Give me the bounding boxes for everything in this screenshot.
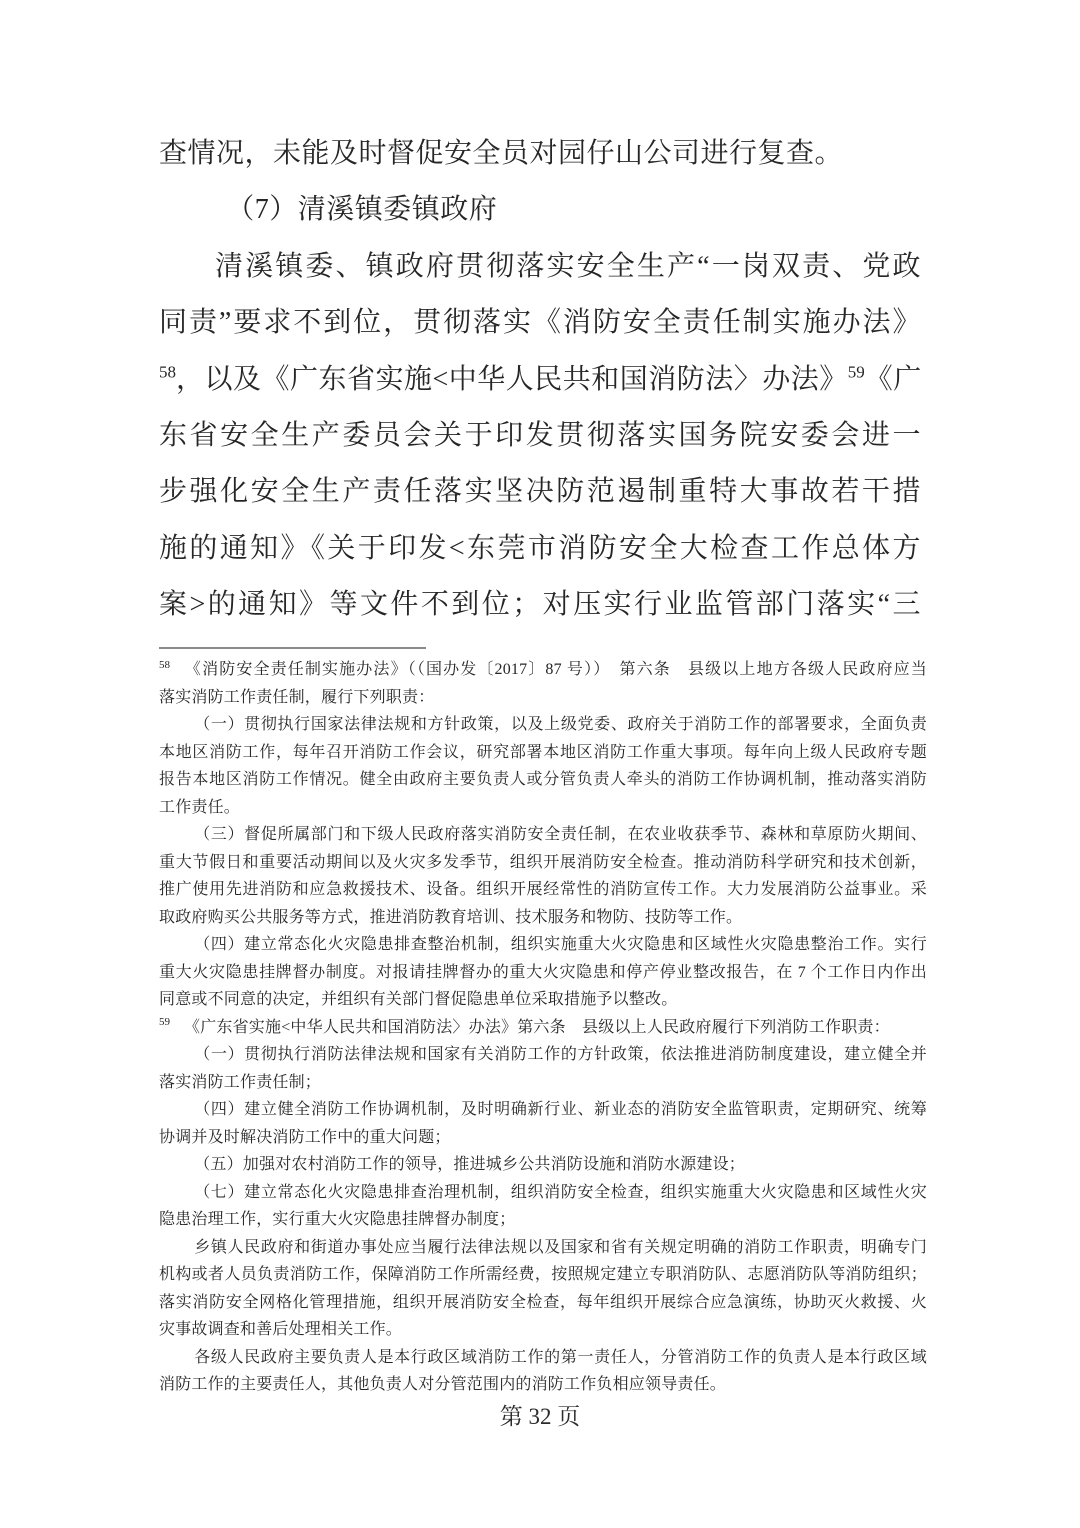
footnote-58-line: （一）贯彻执行国家法律法规和方针政策，以及上级党委、政府关于消防工作的部署要求，… <box>159 711 927 739</box>
footnote-59-line: 消防工作的主要责任人，其他负责人对分管范围内的消防工作负相应领导责任。 <box>159 1371 927 1399</box>
footnote-58-line: 报告本地区消防工作情况。健全由政府主要负责人或分管负责人牵头的消防工作协调机制，… <box>159 766 927 794</box>
footnote-58-line: 本地区消防工作，每年召开消防工作会议，研究部署本地区消防工作重大事项。每年向上级… <box>159 739 927 767</box>
body-line: 58，以及《广东省实施<中华人民共和国消防法〉办法》59《广 <box>159 352 921 408</box>
footnote-59-line: 落实消防工作责任制； <box>159 1069 927 1097</box>
footnote-text-segment: 《广东省实施<中华人民共和国消防法〉办法》第六条 县级以上人民政府履行下列消防工… <box>184 1019 890 1036</box>
footnote-59-line: 灾事故调查和善后处理相关工作。 <box>159 1316 927 1344</box>
body-line: 案>的通知》等文件不到位；对压实行业监管部门落实“三 <box>159 577 921 633</box>
body-line: 查情况，未能及时督促安全员对园仔山公司进行复查。 <box>159 126 921 182</box>
footnote-59-line: （五）加强对农村消防工作的领导，推进城乡公共消防设施和消防水源建设； <box>159 1151 927 1179</box>
body-text-segment: 《广 <box>865 364 922 395</box>
body-line: 施的通知》《关于印发<东莞市消防安全大检查工作总体方 <box>159 521 921 577</box>
footnote-58-line: 推广使用先进消防和应急救援技术、设备。组织开展经常性的消防宣传工作。大力发展消防… <box>159 876 927 904</box>
footnote-59-line: 落实消防安全网格化管理措施，组织开展消防安全检查，每年组织开展综合应急演练，协助… <box>159 1289 927 1317</box>
footnote-59-marker: 59 <box>159 1016 170 1028</box>
section-heading: （7）清溪镇委镇政府 <box>159 182 921 238</box>
footnote-58-line: 58《消防安全责任制实施办法》（（国办发〔2017〕87 号）） 第六条 县级以… <box>159 656 927 684</box>
footnote-separator <box>159 647 426 649</box>
footnote-59-line: 乡镇人民政府和街道办事处应当履行法律法规以及国家和省有关规定明确的消防工作职责，… <box>159 1234 927 1262</box>
footnote-58-line: 重大节假日和重要活动期间以及火灾多发季节，组织开展消防安全检查。推动消防科学研究… <box>159 849 927 877</box>
footnote-text-segment: 《消防安全责任制实施办法》（（国办发〔2017〕87 号）） 第六条 县级以上地… <box>184 661 927 678</box>
footnote-58-line: （三）督促所属部门和下级人民政府落实消防安全责任制，在农业收获季节、森林和草原防… <box>159 821 927 849</box>
body-line: 步强化安全生产责任落实坚决防范遏制重特大事故若干措 <box>159 464 921 520</box>
body-line: 同责”要求不到位，贯彻落实《消防安全责任制实施办法》 <box>159 295 921 351</box>
body-line: 东省安全生产委员会关于印发贯彻落实国务院安委会进一 <box>159 408 921 464</box>
footnote-58-line: （四）建立常态化火灾隐患排查整治机制，组织实施重大火灾隐患和区域性火灾隐患整治工… <box>159 931 927 959</box>
footnote-59-line: 59《广东省实施<中华人民共和国消防法〉办法》第六条 县级以上人民政府履行下列消… <box>159 1014 927 1042</box>
footnote-58-marker: 58 <box>159 659 170 671</box>
footnote-59-line: （一）贯彻执行消防法律法规和国家有关消防工作的方针政策，依法推进消防制度建设，建… <box>159 1041 927 1069</box>
page-number: 第 32 页 <box>0 1402 1080 1432</box>
footnote-59-line: （四）建立健全消防工作协调机制，及时明确新行业、新业态的消防安全监管职责，定期研… <box>159 1096 927 1124</box>
footnote-58-line: 重大火灾隐患挂牌督办制度。对报请挂牌督办的重大火灾隐患和停产停业整改报告，在 7… <box>159 959 927 987</box>
footnote-58-line: 同意或不同意的决定，并组织有关部门督促隐患单位采取措施予以整改。 <box>159 986 927 1014</box>
footnote-59-line: （七）建立常态化火灾隐患排查治理机制，组织消防安全检查，组织实施重大火灾隐患和区… <box>159 1179 927 1207</box>
footnote-59-line: 机构或者人员负责消防工作，保障消防工作所需经费，按照规定建立专职消防队、志愿消防… <box>159 1261 927 1289</box>
footnote-ref-59: 59 <box>848 362 865 381</box>
body-text-segment: ，以及《广东省实施<中华人民共和国消防法〉办法》 <box>176 364 848 395</box>
footnote-59-line: 各级人民政府主要负责人是本行政区域消防工作的第一责任人，分管消防工作的负责人是本… <box>159 1344 927 1372</box>
footnote-ref-58: 58 <box>159 362 176 381</box>
body-text: 查情况，未能及时督促安全员对园仔山公司进行复查。 （7）清溪镇委镇政府 清溪镇委… <box>159 126 921 634</box>
footnote-58-line: 落实消防工作责任制，履行下列职责： <box>159 684 927 712</box>
footnote-59-line: 协调并及时解决消防工作中的重大问题； <box>159 1124 927 1152</box>
footnote-58-line: 工作责任。 <box>159 794 927 822</box>
footnote-59-line: 隐患治理工作，实行重大火灾隐患挂牌督办制度； <box>159 1206 927 1234</box>
body-line: 清溪镇委、镇政府贯彻落实安全生产“一岗双责、党政 <box>159 239 921 295</box>
footnote-58-line: 取政府购买公共服务等方式，推进消防教育培训、技术服务和物防、技防等工作。 <box>159 904 927 932</box>
document-page: 查情况，未能及时督促安全员对园仔山公司进行复查。 （7）清溪镇委镇政府 清溪镇委… <box>0 0 1080 1528</box>
footnotes: 58《消防安全责任制实施办法》（（国办发〔2017〕87 号）） 第六条 县级以… <box>159 656 927 1399</box>
